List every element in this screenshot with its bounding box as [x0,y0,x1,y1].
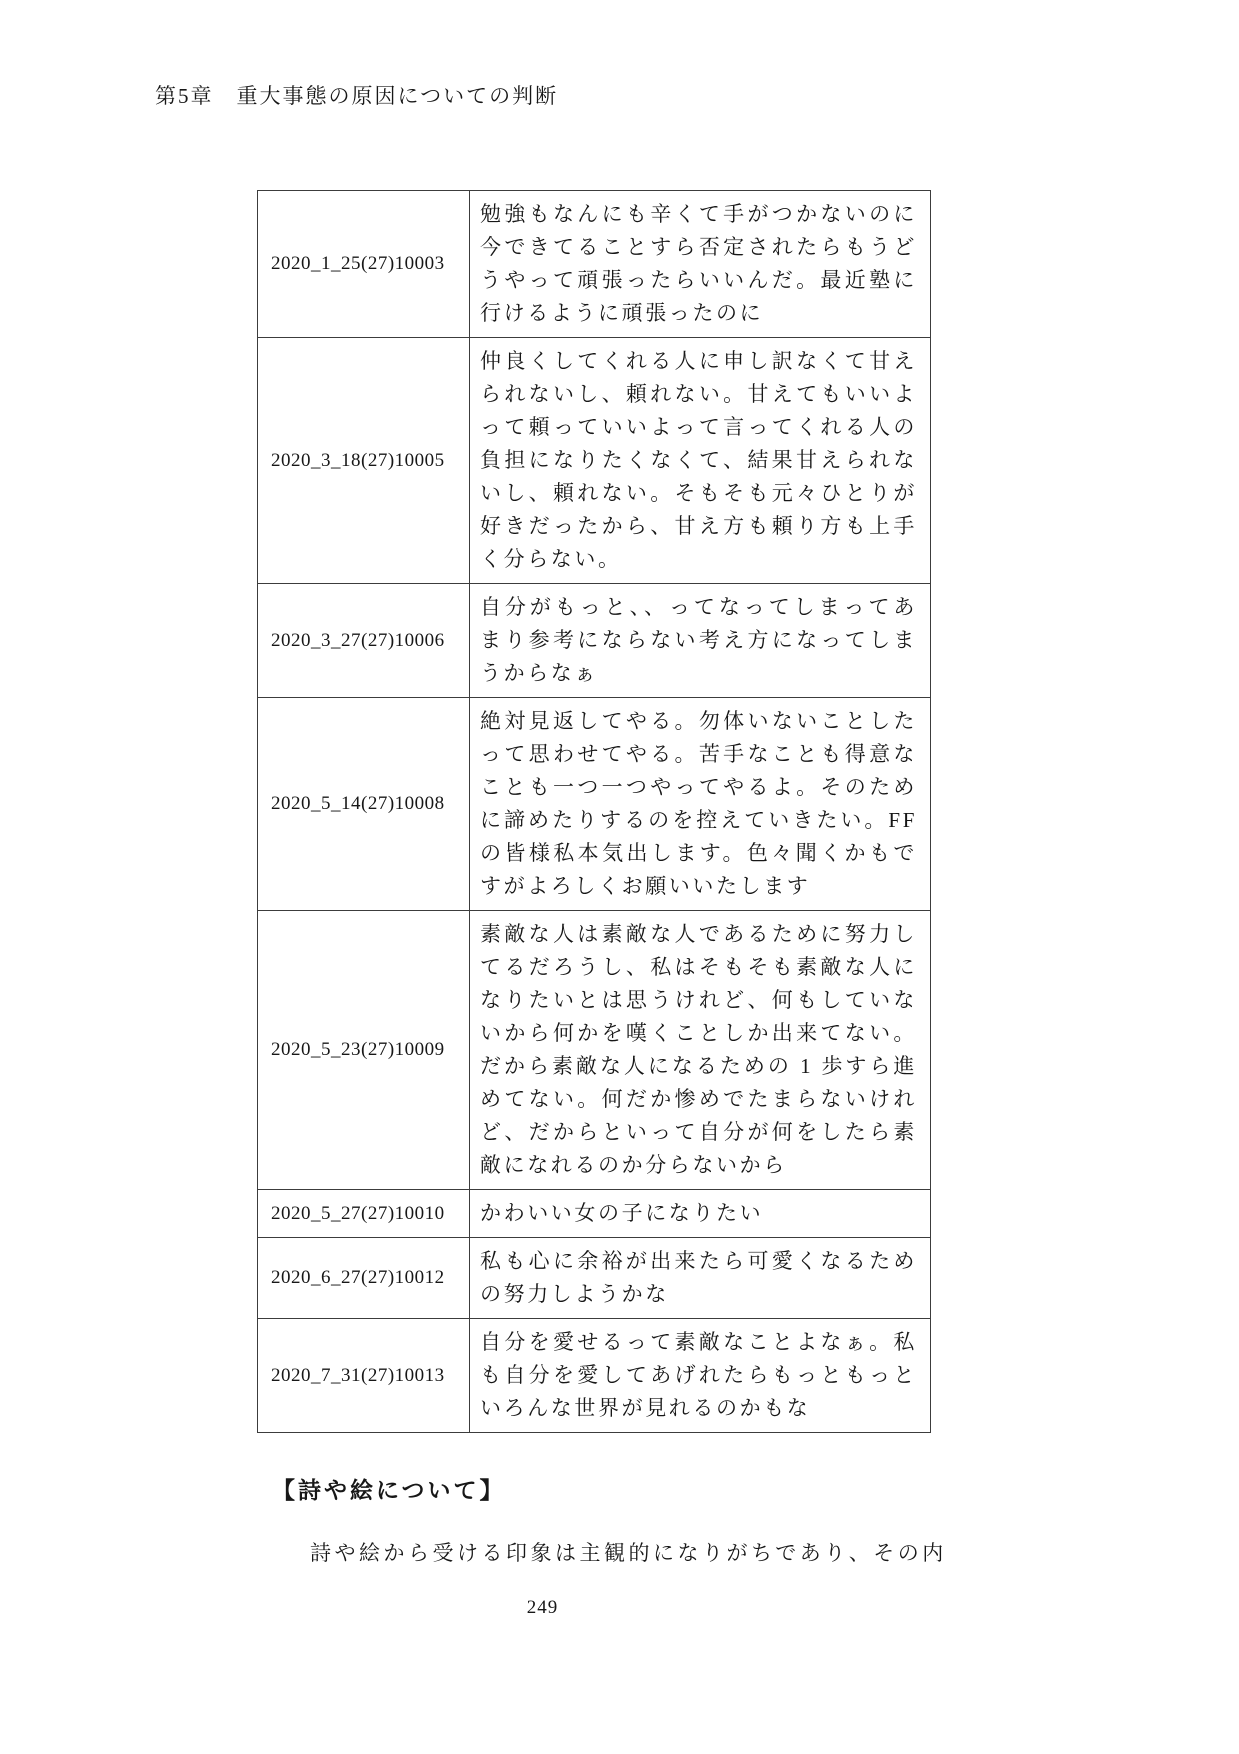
table-row: 2020_1_25(27)10003 勉強もなんにも辛くて手がつかないのに今でき… [258,191,930,338]
quotes-table: 2020_1_25(27)10003 勉強もなんにも辛くて手がつかないのに今でき… [257,190,931,1433]
entry-id: 2020_3_18(27)10005 [258,338,470,583]
entry-text: 絶対見返してやる。勿体いないことしたって思わせてやる。苦手なことも得意なことも一… [470,698,930,910]
table-row: 2020_6_27(27)10012 私も心に余裕が出来たら可愛くなるための努力… [258,1238,930,1319]
entry-id: 2020_5_27(27)10010 [258,1190,470,1237]
entry-text: 自分を愛せるって素敵なことよなぁ。私も自分を愛してあげれたらもっともっといろんな… [470,1319,930,1432]
entry-id: 2020_7_31(27)10013 [258,1319,470,1432]
chapter-header: 第5章 重大事態の原因についての判断 [155,80,558,110]
table-row: 2020_3_18(27)10005 仲良くしてくれる人に申し訳なくて甘えられな… [258,338,930,584]
entry-id: 2020_5_14(27)10008 [258,698,470,910]
table-row: 2020_7_31(27)10013 自分を愛せるって素敵なことよなぁ。私も自分… [258,1319,930,1432]
entry-text: 自分がもっと、、ってなってしまってあまり参考にならない考え方になってしまうからな… [470,584,930,697]
entry-text: 勉強もなんにも辛くて手がつかないのに今できてることすら否定されたらもうどうやって… [470,191,930,337]
entry-id: 2020_6_27(27)10012 [258,1238,470,1318]
table-row: 2020_5_27(27)10010 かわいい女の子になりたい [258,1190,930,1238]
table-row: 2020_5_23(27)10009 素敵な人は素敵な人であるために努力してるだ… [258,911,930,1190]
entry-text: 私も心に余裕が出来たら可愛くなるための努力しようかな [470,1238,930,1318]
entry-text: 仲良くしてくれる人に申し訳なくて甘えられないし、頼れない。甘えてもいいよって頼っ… [470,338,930,583]
entry-text: 素敵な人は素敵な人であるために努力してるだろうし、私はそもそも素敵な人になりたい… [470,911,930,1189]
entry-id: 2020_1_25(27)10003 [258,191,470,337]
entry-text: かわいい女の子になりたい [470,1190,930,1237]
section-heading: 【詩や絵について】 [272,1472,506,1505]
document-page: 第5章 重大事態の原因についての判断 2020_1_25(27)10003 勉強… [0,0,1239,1754]
page-number: 249 [0,1597,1085,1619]
table-row: 2020_5_14(27)10008 絶対見返してやる。勿体いないことしたって思… [258,698,930,911]
entry-id: 2020_3_27(27)10006 [258,584,470,697]
entry-id: 2020_5_23(27)10009 [258,911,470,1189]
table-row: 2020_3_27(27)10006 自分がもっと、、ってなってしまってあまり参… [258,584,930,698]
body-paragraph: 詩や絵から受ける印象は主観的になりがちであり、その内 [310,1537,960,1570]
